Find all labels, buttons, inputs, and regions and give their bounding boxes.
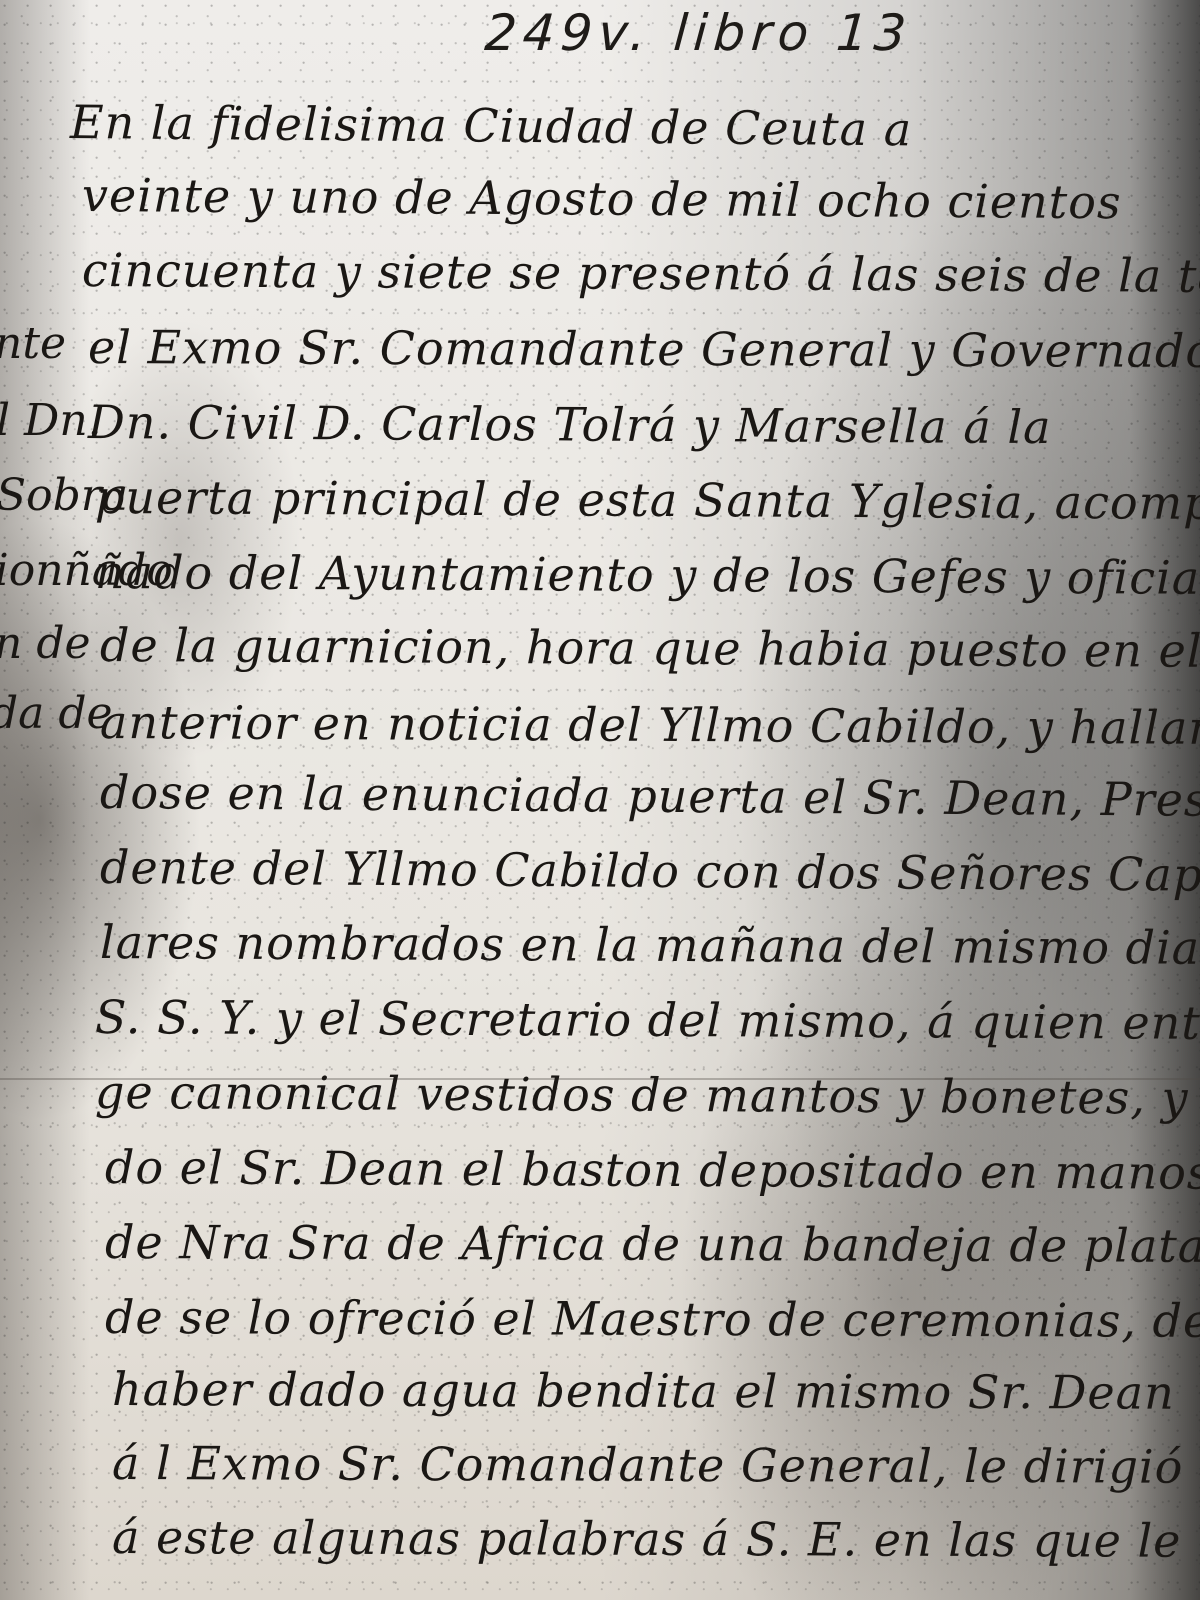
margin-note-text: da de (0, 688, 113, 739)
manuscript-line-9: anterior en noticia del Yllmo Cabildo, y… (100, 695, 1200, 755)
manuscript-line-19: á l Exmo Sr. Comandante General, le diri… (112, 1436, 1184, 1494)
margin-note-5: n de (0, 618, 91, 669)
manuscript-line-20: á este algunas palabras á S. E. en las q… (112, 1510, 1200, 1568)
manuscript-line-17: de se lo ofreció el Maestro de ceremonia… (105, 1290, 1200, 1349)
manuscript-line-2: veinte y uno de Agosto de mil ocho cient… (82, 168, 1122, 229)
margin-note-4: cionñado (0, 545, 173, 596)
margin-note-1: nte (0, 318, 66, 369)
manuscript-line-14: ge canonical vestidos de mantos y bonete… (95, 1065, 1200, 1126)
margin-note-text: n de (0, 618, 91, 669)
manuscript-line-16: de Nra Sra de Africa de una bandeja de p… (105, 1215, 1200, 1273)
margin-note-text: l Dn. (0, 395, 102, 446)
manuscript-line-11: dente del Yllmo Cabildo con dos Señores … (100, 840, 1200, 902)
manuscript-line-3: cincuenta y siete se presentó á las seis… (82, 243, 1200, 303)
margin-note-text: nte (0, 318, 66, 369)
folio-number: 249v. libro 13 (483, 4, 914, 62)
margin-note-text: cionñado (0, 545, 173, 596)
manuscript-line-13: S. S. Y. y el Secretario del mismo, á qu… (95, 990, 1200, 1050)
manuscript-line-1: En la fidelisima Ciudad de Ceuta a (70, 95, 913, 156)
manuscript-line-7: ñado del Ayuntamiento y de los Gefes y o… (95, 545, 1200, 605)
manuscript-line-5: Dn. Civil D. Carlos Tolrá y Marsella á l… (88, 395, 1052, 454)
manuscript-line-18: haber dado agua bendita el mismo Sr. Dea… (112, 1362, 1175, 1420)
margin-note-6: da de (0, 688, 113, 739)
manuscript-line-6: puerta principal de esta Santa Yglesia, … (95, 470, 1200, 530)
margin-note-text: Sobra (0, 470, 128, 521)
manuscript-line-4: el Exmo Sr. Comandante General y Governa… (88, 320, 1200, 378)
margin-note-3: Sobra (0, 470, 128, 521)
manuscript-line-12: lares nombrados en la mañana del mismo d… (100, 915, 1200, 975)
margin-note-2: l Dn. (0, 395, 102, 446)
manuscript-line-8: de la guarnicion, hora que habia puesto … (100, 618, 1200, 678)
manuscript-line-15: do el Sr. Dean el baston depositado en m… (105, 1140, 1200, 1200)
manuscript-line-10: dose en la enunciada puerta el Sr. Dean,… (100, 765, 1200, 827)
